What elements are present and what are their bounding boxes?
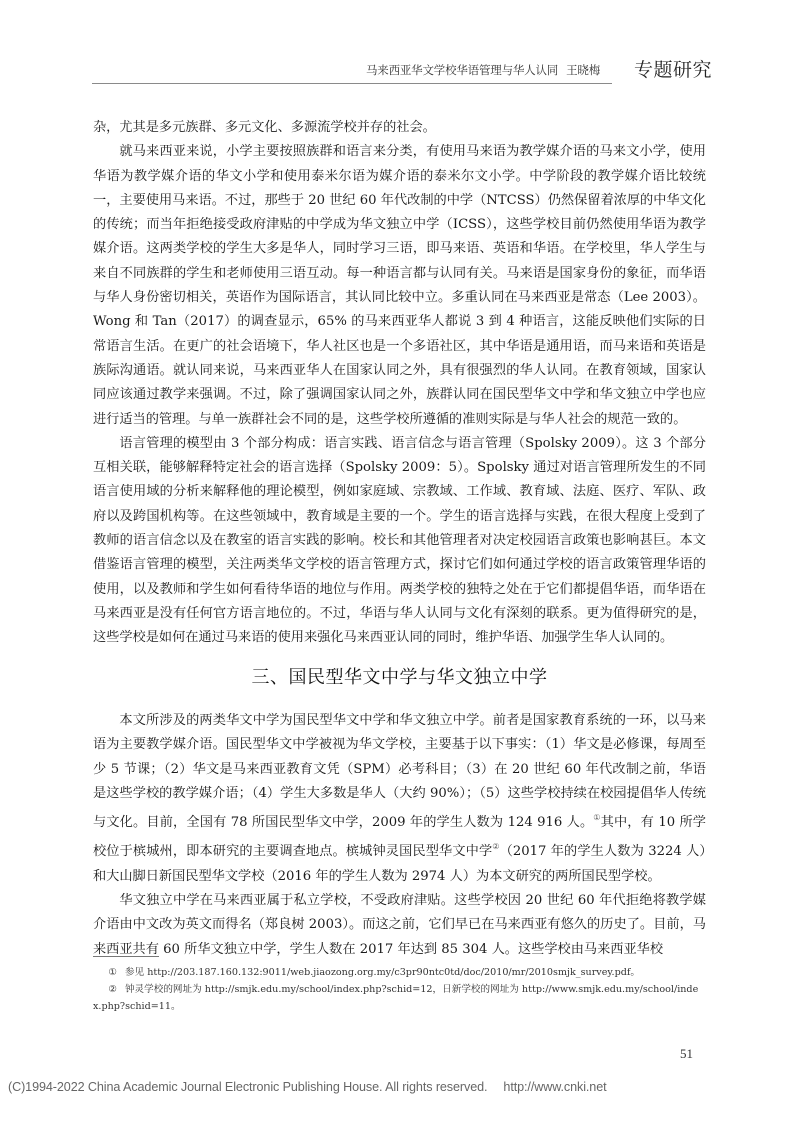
section-heading: 三、国民型华文中学与华文独立中学	[93, 663, 706, 689]
footnote-number: ①	[108, 967, 117, 978]
paragraph: 本文所涉及的两类华文中学为国民型华文中学和华文独立中学。前者是国家教育系统的一环…	[93, 709, 706, 889]
paragraph: 华文独立中学在马来西亚属于私立学校，不受政府津贴。这些学校因 20 世纪 60 …	[93, 889, 706, 962]
author-name: 王晓梅	[566, 63, 600, 77]
copyright-text: (C)1994-2022 China Academic Journal Elec…	[8, 1080, 487, 1094]
footnotes: ①参见 http://203.187.160.132:9011/web.jiao…	[93, 964, 706, 1015]
paragraph: 杂，尤其是多元族群、多元文化、多源流学校并存的社会。	[93, 116, 706, 140]
footnote-number: ②	[108, 984, 117, 995]
footnote-divider	[93, 956, 159, 957]
footnote-text: 钟灵学校的网址为 http://smjk.edu.my/school/index…	[93, 984, 698, 1012]
running-title: 马来西亚华文学校华语管理与华人认同王晓梅	[366, 62, 600, 78]
running-header: 马来西亚华文学校华语管理与华人认同王晓梅 专题研究	[92, 56, 712, 86]
section-label: 专题研究	[634, 55, 712, 82]
footnote-1: ①参见 http://203.187.160.132:9011/web.jiao…	[93, 964, 706, 981]
cnki-link[interactable]: http://www.cnki.net	[503, 1080, 606, 1094]
footnote-ref-2[interactable]: ②	[492, 842, 499, 851]
footnote-ref-1[interactable]: ①	[593, 813, 600, 822]
copyright-footer: (C)1994-2022 China Academic Journal Elec…	[8, 1080, 607, 1094]
page-number: 51	[680, 1046, 693, 1062]
footnote-2: ②钟灵学校的网址为 http://smjk.edu.my/school/inde…	[93, 981, 706, 1015]
paragraph-text: 本文所涉及的两类华文中学为国民型华文中学和华文独立中学。前者是国家教育系统的一环…	[93, 713, 706, 830]
header-rule	[92, 83, 612, 84]
paragraph: 语言管理的模型由 3 个部分构成：语言实践、语言信念与语言管理（Spolsky …	[93, 432, 706, 651]
paragraph: 就马来西亚来说，小学主要按照族群和语言来分类，有使用马来语为教学媒介语的马来文小…	[93, 140, 706, 432]
footnote-text: 参见 http://203.187.160.132:9011/web.jiaoz…	[125, 967, 640, 978]
article-title: 马来西亚华文学校华语管理与华人认同	[366, 63, 558, 77]
body-text: 杂，尤其是多元族群、多元文化、多源流学校并存的社会。 就马来西亚来说，小学主要按…	[93, 116, 706, 651]
section-body: 本文所涉及的两类华文中学为国民型华文中学和华文独立中学。前者是国家教育系统的一环…	[93, 709, 706, 962]
